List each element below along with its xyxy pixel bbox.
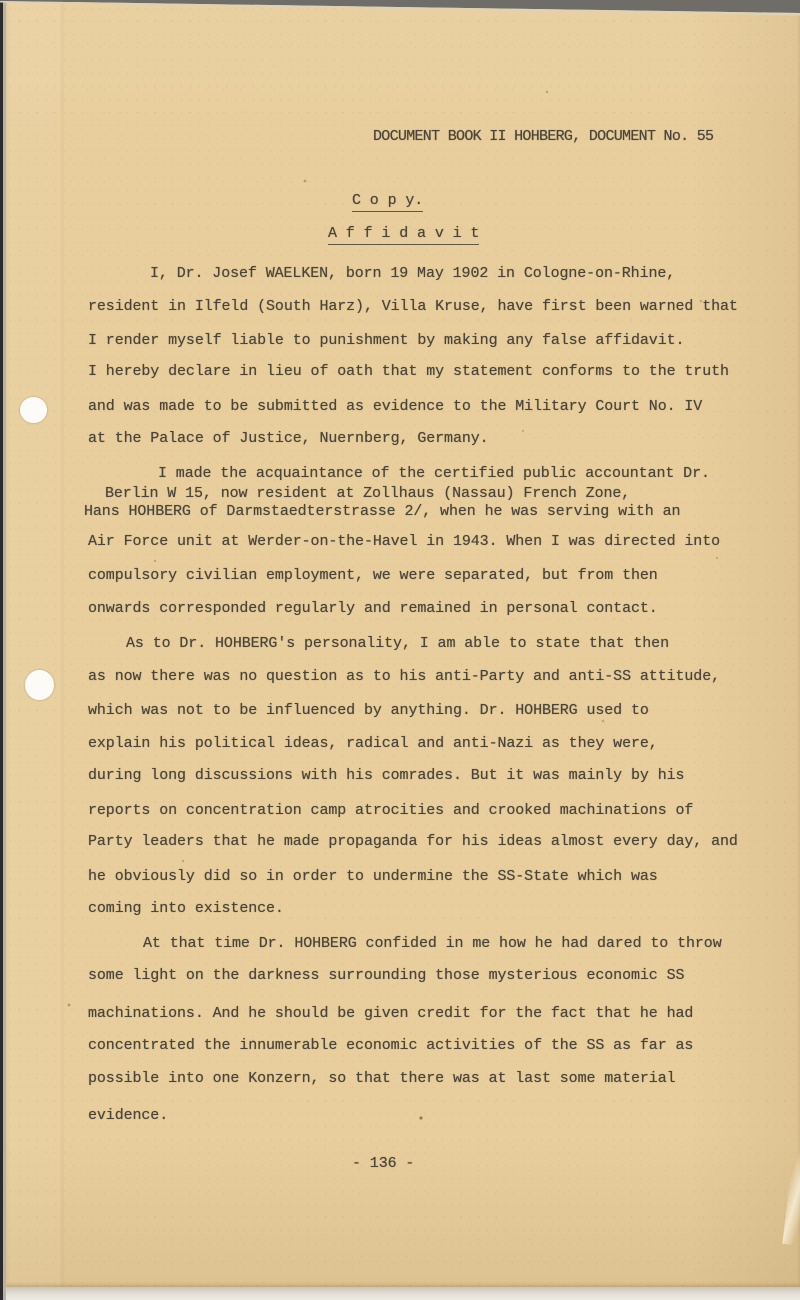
document-line: compulsory civilian employment, we were … [88, 567, 658, 584]
document-line: machinations. And he should be given cre… [88, 1005, 693, 1022]
document-line: I made the acquaintance of the certified… [158, 465, 710, 482]
document-header: DOCUMENT BOOK II HOHBERG, DOCUMENT No. 5… [373, 128, 713, 145]
document-line: I render myself liable to punishment by … [88, 332, 684, 349]
document-line: Party leaders that he made propaganda fo… [88, 833, 738, 850]
document-line: evidence. [88, 1107, 168, 1124]
document-line: at the Palace of Justice, Nuernberg, Ger… [88, 430, 489, 447]
document-line: some light on the darkness surrounding t… [88, 967, 684, 984]
paper-crease [782, 1149, 800, 1245]
document-line: At that time Dr. HOHBERG confided in me … [143, 935, 722, 952]
document-line: I, Dr. Josef WAELKEN, born 19 May 1902 i… [150, 265, 675, 282]
document-line: and was made to be submitted as evidence… [88, 398, 702, 415]
document-line: explain his political ideas, radical and… [88, 735, 658, 752]
document-line: As to Dr. HOHBERG's personality, I am ab… [126, 635, 669, 652]
document-line: as now there was no question as to his a… [88, 668, 720, 685]
affidavit-heading-text: A f f i d a v i t [328, 225, 479, 245]
document-page: DOCUMENT BOOK II HOHBERG, DOCUMENT No. 5… [6, 2, 800, 1287]
page-number: - 136 - [352, 1155, 414, 1172]
scan-left-edge-light [3, 0, 6, 1300]
document-line: I hereby declare in lieu of oath that my… [88, 363, 729, 380]
document-line: Air Force unit at Werder-on-the-Havel in… [88, 533, 720, 550]
punch-hole-bottom [25, 670, 54, 700]
document-line: he obviously did so in order to undermin… [88, 868, 658, 885]
document-line: Hans HOHBERG of Darmstaedterstrasse 2/, … [84, 503, 680, 520]
copy-heading-text: C o p y. [352, 192, 423, 212]
document-line: possible into one Konzern, so that there… [88, 1070, 676, 1087]
document-line: which was not to be influenced by anythi… [88, 702, 649, 719]
document-line: during long discussions with his comrade… [88, 767, 684, 784]
punch-hole-top [20, 397, 47, 423]
affidavit-heading: A f f i d a v i t [328, 225, 479, 242]
document-line: concentrated the innumerable economic ac… [88, 1037, 693, 1054]
underlying-page-edge [0, 1287, 800, 1300]
document-line: coming into existence. [88, 900, 284, 917]
document-line: onwards corresponded regularly and remai… [88, 600, 658, 617]
document-line: resident in Ilfeld (South Harz), Villa K… [88, 298, 738, 315]
scanned-document: DOCUMENT BOOK II HOHBERG, DOCUMENT No. 5… [0, 0, 800, 1300]
copy-heading: C o p y. [352, 192, 423, 209]
document-line: reports on concentration camp atrocities… [88, 802, 693, 819]
document-line: Berlin W 15, now resident at Zollhaus (N… [105, 485, 630, 502]
